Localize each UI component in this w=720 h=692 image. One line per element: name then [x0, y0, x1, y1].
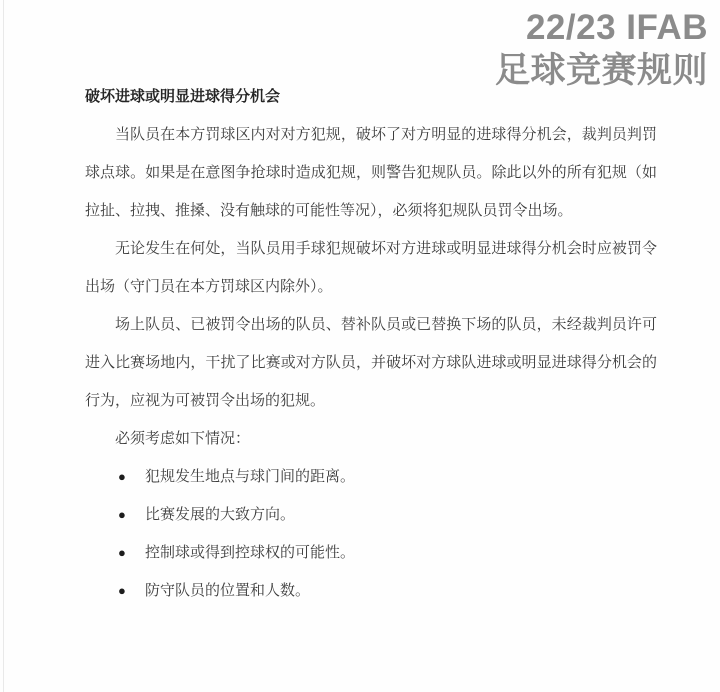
- bullet-icon: ●: [118, 496, 126, 534]
- document-body: 破坏进球或明显进球得分机会 当队员在本方罚球区内对对方犯规，破坏了对方明显的进球…: [85, 78, 657, 610]
- page-edge-line: [3, 0, 4, 692]
- list-item-text: 犯规发生地点与球门间的距离。: [145, 468, 355, 485]
- list-item-text: 防守队员的位置和人数。: [145, 582, 310, 599]
- paragraph-penalty-area-offence: 当队员在本方罚球区内对对方犯规，破坏了对方明显的进球得分机会，裁判员判罚球点球。…: [85, 116, 657, 230]
- list-item: ● 犯规发生地点与球门间的距离。: [85, 458, 657, 496]
- paragraph-considerations-intro: 必须考虑如下情况：: [85, 420, 657, 458]
- watermark-edition: 22/23 IFAB: [495, 6, 708, 49]
- bullet-icon: ●: [118, 572, 126, 610]
- considerations-list: ● 犯规发生地点与球门间的距离。 ● 比赛发展的大致方向。 ● 控制球或得到控球…: [85, 458, 657, 610]
- list-item: ● 控制球或得到控球权的可能性。: [85, 534, 657, 572]
- list-item: ● 比赛发展的大致方向。: [85, 496, 657, 534]
- list-item: ● 防守队员的位置和人数。: [85, 572, 657, 610]
- list-item-text: 控制球或得到控球权的可能性。: [145, 544, 355, 561]
- list-item-text: 比赛发展的大致方向。: [145, 506, 295, 523]
- bullet-icon: ●: [118, 458, 126, 496]
- section-heading: 破坏进球或明显进球得分机会: [85, 78, 657, 116]
- document-page: 22/23 IFAB 足球竞赛规则 破坏进球或明显进球得分机会 当队员在本方罚球…: [0, 0, 720, 692]
- paragraph-unauthorised-entry: 场上队员、已被罚令出场的队员、替补队员或已替换下场的队员，未经裁判员许可进入比赛…: [85, 306, 657, 420]
- bullet-icon: ●: [118, 534, 126, 572]
- paragraph-handball-offence: 无论发生在何处，当队员用手球犯规破坏对方进球或明显进球得分机会时应被罚令出场（守…: [85, 230, 657, 306]
